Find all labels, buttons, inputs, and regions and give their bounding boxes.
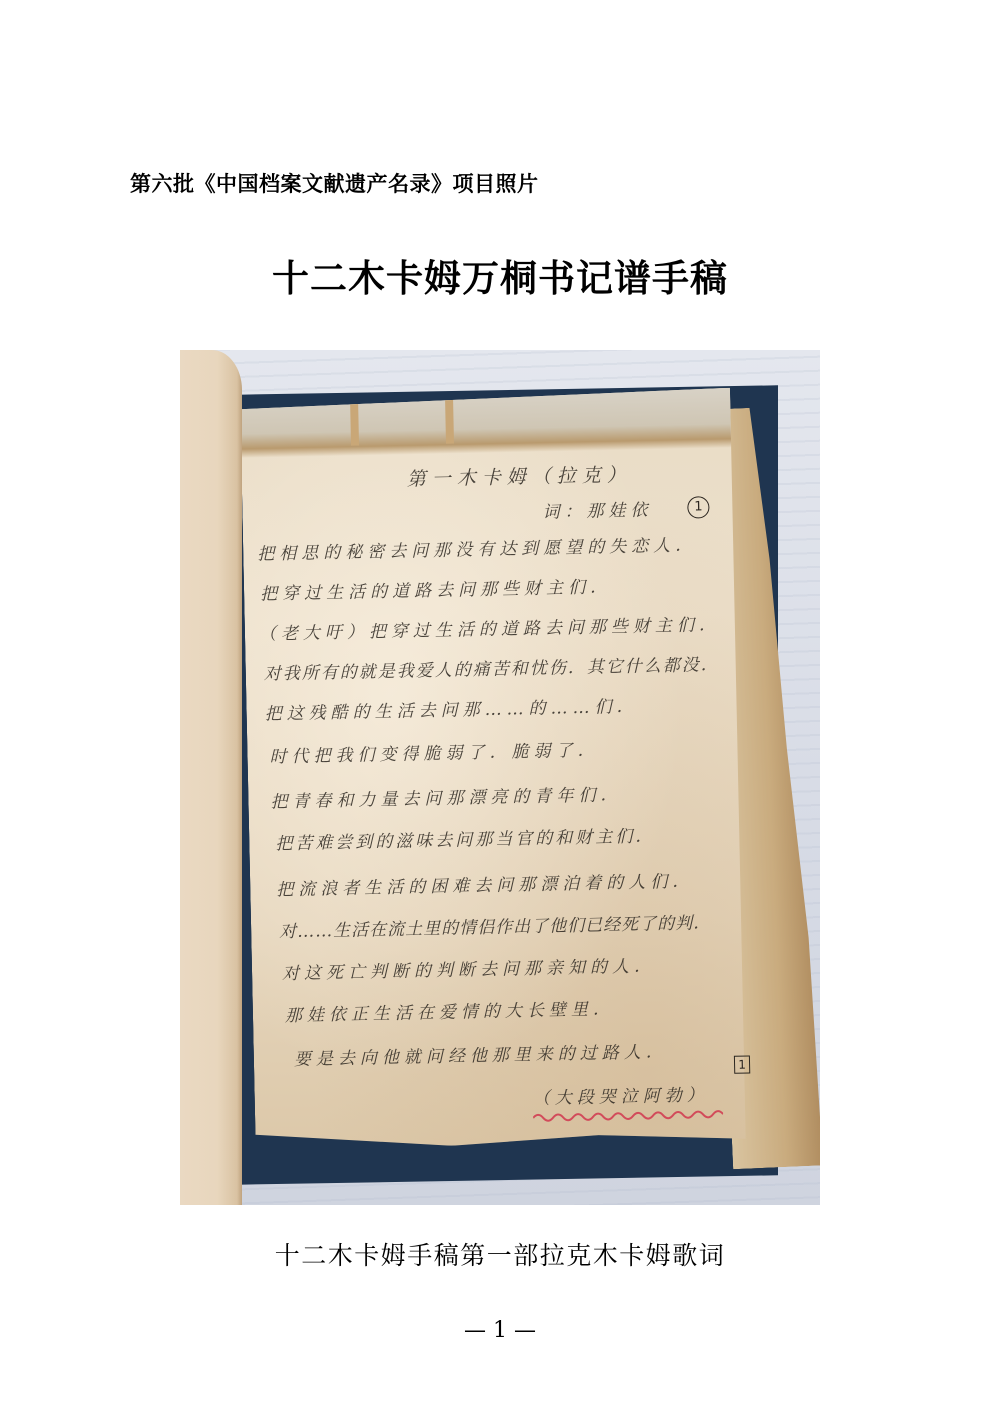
page-number: — 1 — — [0, 1318, 1000, 1343]
manuscript-line: 把这残酷的生活去问那……的……们． — [264, 692, 638, 725]
manuscript-author-line: 词：那娃依 — [542, 495, 652, 522]
manuscript-line: 对……生活在流土里的情侣作出了他们已经死了的判． — [279, 908, 711, 942]
manuscript-line: 把穿过生活的道路去问那些财主们． — [260, 572, 612, 604]
project-header-label: 第六批《中国档案文献遗产名录》项目照片 — [130, 168, 539, 198]
manuscript-line: 把相思的秘密去问那没有达到愿望的失恋人． — [257, 530, 697, 564]
manuscript-signature: （大段哭泣阿勃） — [532, 1080, 708, 1109]
red-wavy-underline — [533, 1108, 723, 1124]
manuscript-line: 对这死亡判断的判断去问那亲知的人． — [282, 951, 656, 984]
facing-page-curl — [180, 350, 242, 1205]
boxed-number: 1 — [734, 1055, 750, 1073]
circled-number: 1 — [687, 496, 709, 518]
manuscript-line: 时代把我们变得脆弱了．脆弱了． — [269, 736, 599, 768]
manuscript-line: （老大吁）把穿过生活的道路去问那些财主们． — [259, 610, 721, 645]
manuscript-photo: 第一木卡姆（拉克） 词：那娃依 1 把相思的秘密去问那没有达到愿望的失恋人． 把… — [180, 350, 820, 1205]
manuscript-line: 把苦难尝到的滋味去问那当官的和财主们． — [275, 821, 655, 854]
manuscript-line: 把流浪者生活的困难去问那漂泊着的人们． — [276, 867, 694, 901]
manuscript-line: 对我所有的就是我爱人的痛苦和忧伤．其它什么都没． — [263, 650, 719, 685]
manuscript-line: 要是去向他就问经他那里来的过路人． — [294, 1037, 668, 1070]
manuscript-line: 把青春和力量去问那漂亮的青年们． — [270, 780, 622, 812]
manuscript-line: 那娃依正生活在爱情的大长壁里． — [285, 994, 615, 1026]
manuscript-heading: 第一木卡姆（拉克） — [406, 460, 632, 492]
photo-caption: 十二木卡姆手稿第一部拉克木卡姆歌词 — [0, 1236, 1000, 1272]
manuscript-page: 第一木卡姆（拉克） 词：那娃依 1 把相思的秘密去问那没有达到愿望的失恋人． 把… — [240, 388, 746, 1150]
document-title: 十二木卡姆万桐书记谱手稿 — [0, 248, 1000, 302]
